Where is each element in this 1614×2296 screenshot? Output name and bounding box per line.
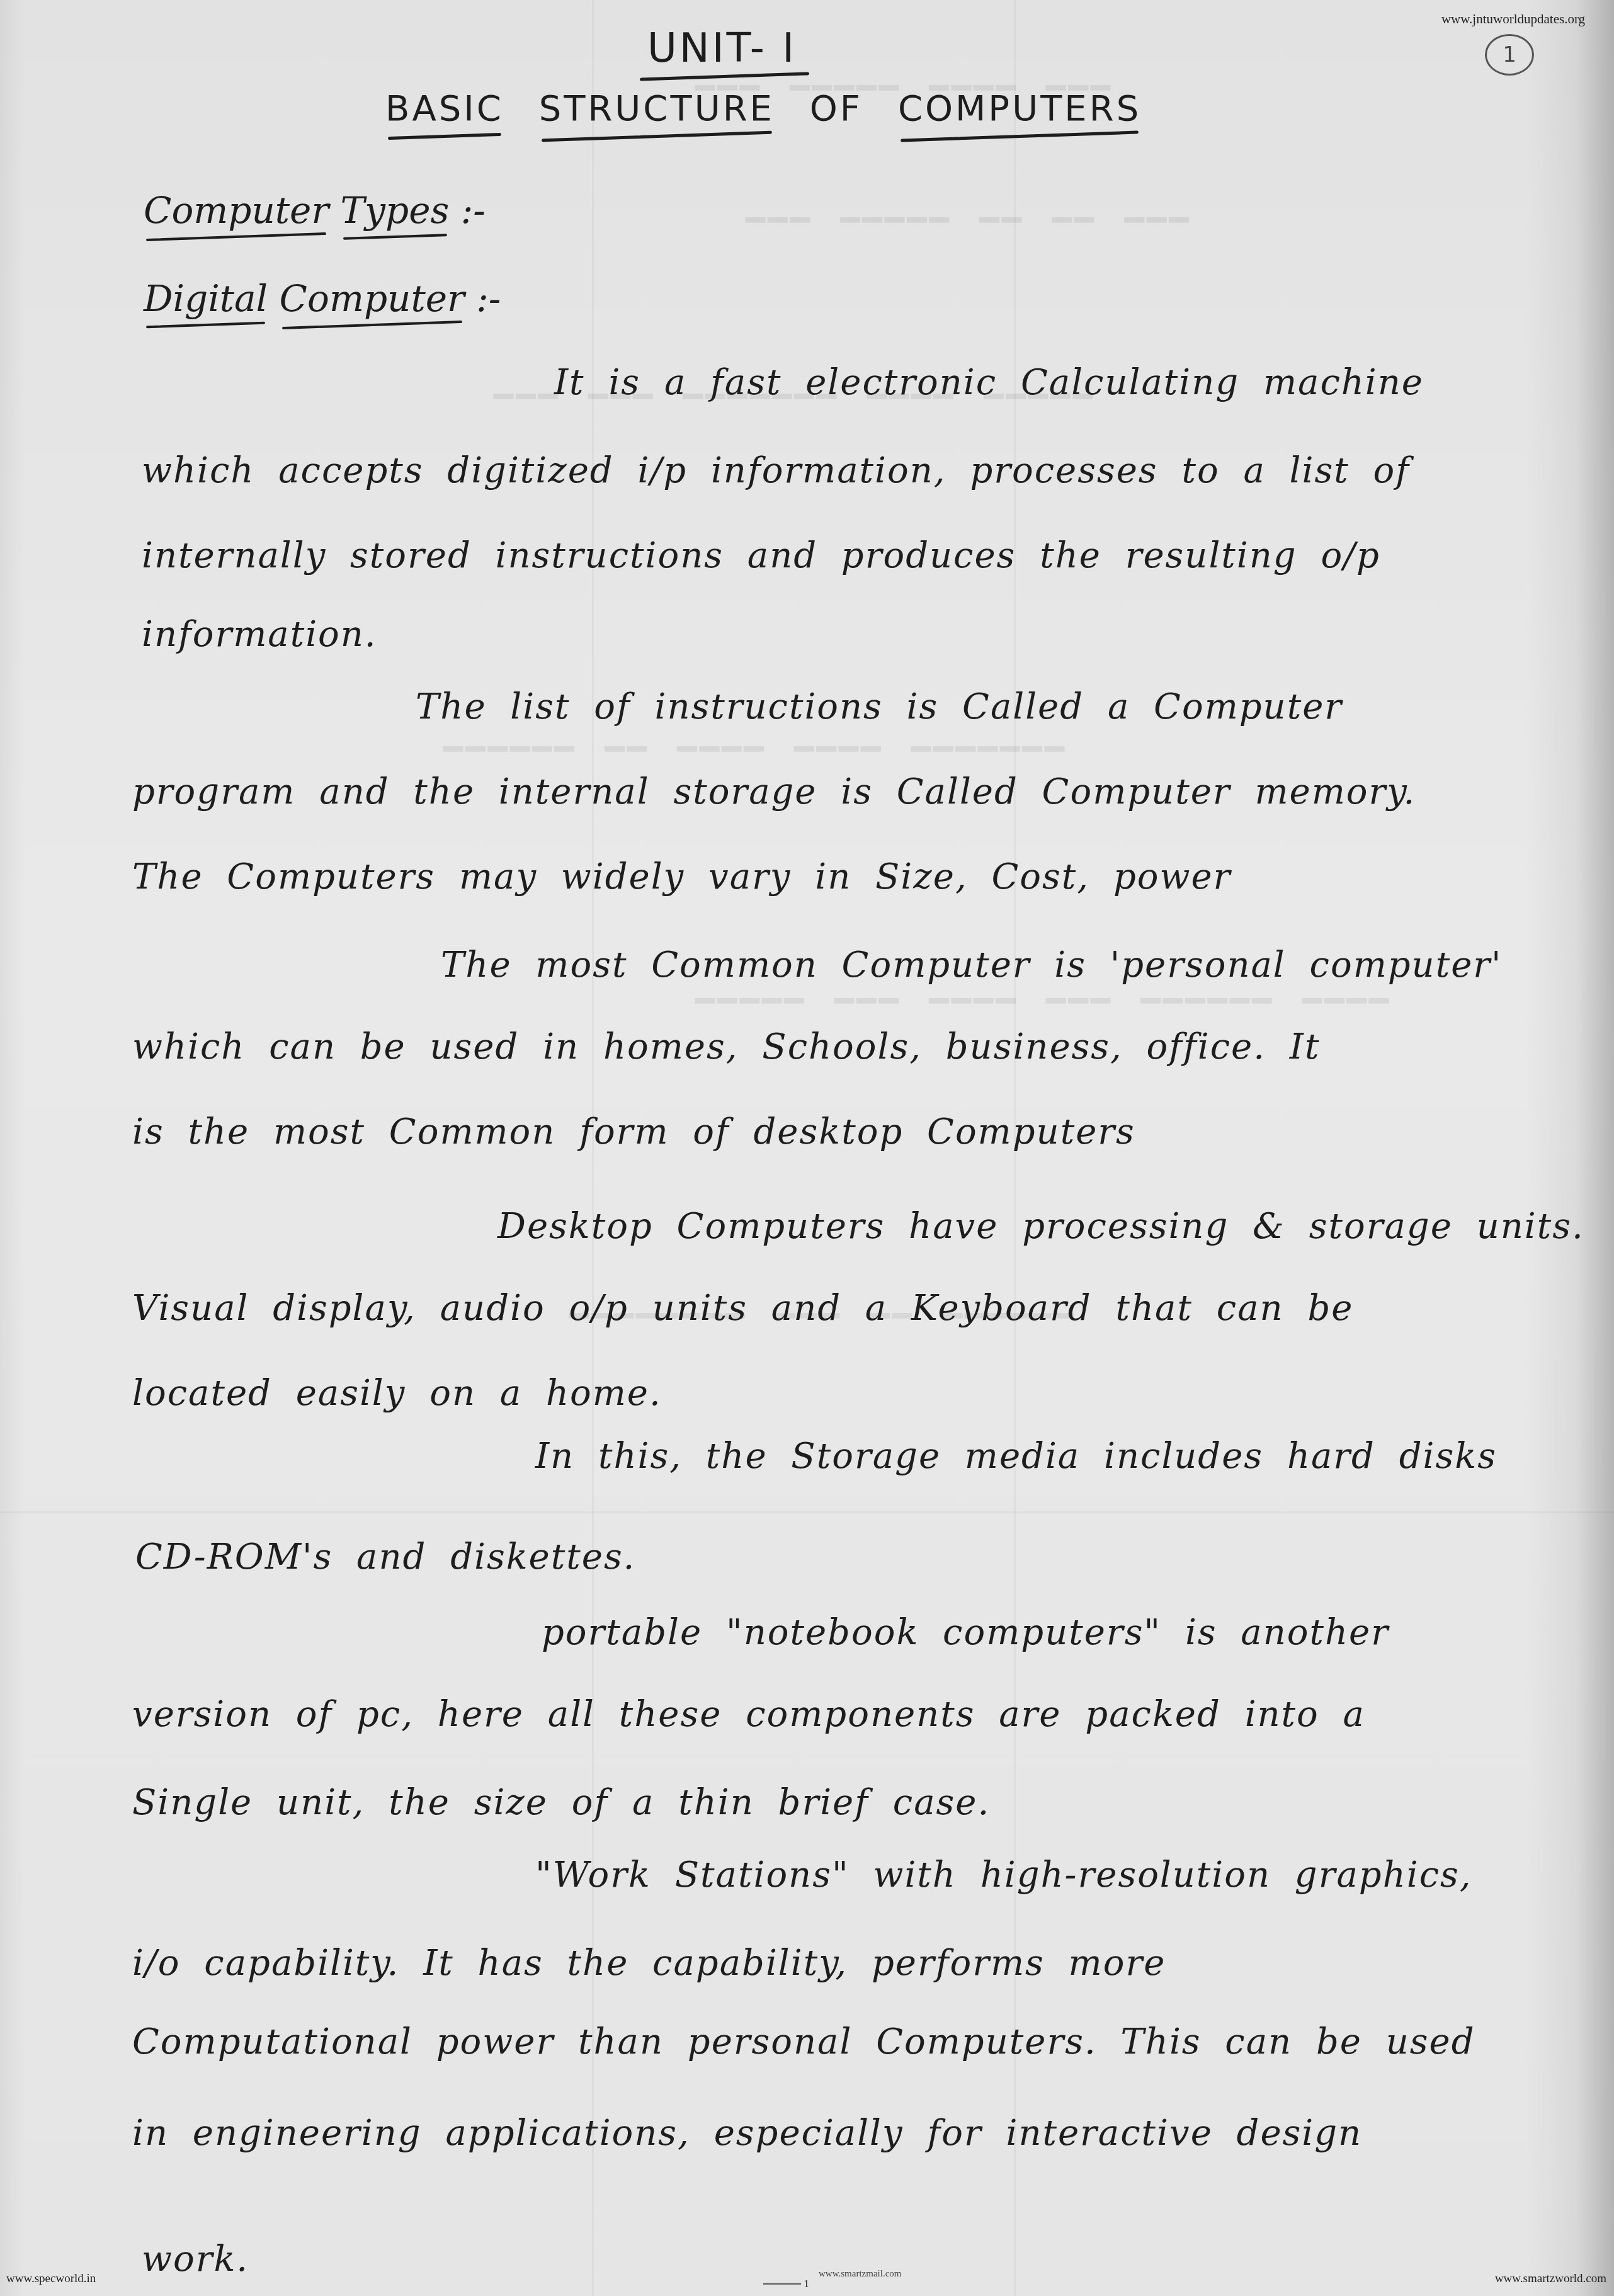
body-line: in engineering applications, especially …: [132, 2113, 1362, 2154]
body-line: version of pc, here all these components…: [132, 1694, 1365, 1735]
bleed-through-text: ━━━ ━━ ━━ ━━━━━ ━━━: [743, 202, 1189, 239]
heading-punct: :-: [461, 189, 486, 232]
heading-word: Types: [341, 189, 450, 232]
body-line: program and the internal storage is Call…: [132, 771, 1416, 812]
heading-word: Computer: [144, 189, 329, 232]
heading-word: Digital: [144, 277, 268, 320]
heading-digital-computer: Digital Computer :-: [144, 277, 501, 320]
page-number: 1: [1503, 42, 1516, 67]
bleed-through-text: ━━━━━━━ ━━━━ ━━━━ ━━ ━━━━━━: [441, 730, 1064, 768]
body-line: i/o capability. It has the capability, p…: [132, 1943, 1166, 1984]
body-line: internally stored instructions and produ…: [142, 535, 1380, 576]
body-line: located easily on a home.: [132, 1373, 662, 1414]
body-line: is the most Common form of desktop Compu…: [132, 1111, 1135, 1152]
watermark-top-right: www.jntuworldupdates.org: [1441, 11, 1585, 27]
body-line: work.: [142, 2239, 249, 2280]
paper-fold-crease: [0, 1511, 1614, 1513]
body-line: In this, the Storage media includes hard…: [535, 1436, 1497, 1477]
watermark-bottom-right: www.smartzworld.com: [1495, 2272, 1606, 2286]
body-line: The most Common Computer is 'personal co…: [441, 945, 1502, 986]
body-line: The list of instructions is Called a Com…: [416, 686, 1343, 727]
watermark-bottom-left: www.specworld.in: [6, 2272, 96, 2286]
body-line: "Work Stations" with high-resolution gra…: [535, 1855, 1472, 1895]
body-line: The Computers may widely vary in Size, C…: [132, 856, 1231, 897]
bleed-through-text: ━━━━ ━━━━━━ ━━━ ━━━━ ━━━ ━━━━━: [693, 982, 1389, 1020]
body-line: which accepts digitized i/p information,…: [142, 450, 1410, 491]
body-line: Desktop Computers have processing & stor…: [497, 1206, 1584, 1247]
body-line: portable "notebook computers" is another: [542, 1612, 1389, 1653]
unit-title-text: UNIT- I: [647, 25, 797, 72]
body-line: which can be used in homes, Schools, bus…: [132, 1026, 1320, 1067]
watermark-bottom-center: www.smartzmail.com: [819, 2269, 902, 2280]
footer-page-marker: 1: [804, 2278, 810, 2290]
heading-word: Computer: [280, 277, 465, 320]
title-word: BASIC: [385, 88, 504, 129]
title-word: COMPUTERS: [898, 88, 1141, 129]
chapter-title: BASIC STRUCTURE OF COMPUTERS: [385, 88, 1162, 129]
body-line: Computational power than personal Comput…: [132, 2021, 1475, 2062]
footer-page-marker-bar: [763, 2283, 801, 2285]
title-word: STRUCTURE: [539, 88, 775, 129]
heading-computer-types: Computer Types :-: [144, 189, 486, 232]
heading-punct: :-: [476, 277, 501, 320]
body-line: information.: [142, 614, 377, 655]
body-line: CD-ROM's and diskettes.: [135, 1537, 635, 1577]
page-number-circle: 1: [1485, 34, 1534, 76]
body-line: Single unit, the size of a thin brief ca…: [132, 1782, 990, 1823]
title-word: OF: [810, 88, 863, 129]
body-line: It is a fast electronic Calculating mach…: [554, 362, 1424, 403]
unit-title: UNIT- I: [647, 25, 797, 72]
body-line: Visual display, audio o/p units and a Ke…: [132, 1288, 1353, 1329]
